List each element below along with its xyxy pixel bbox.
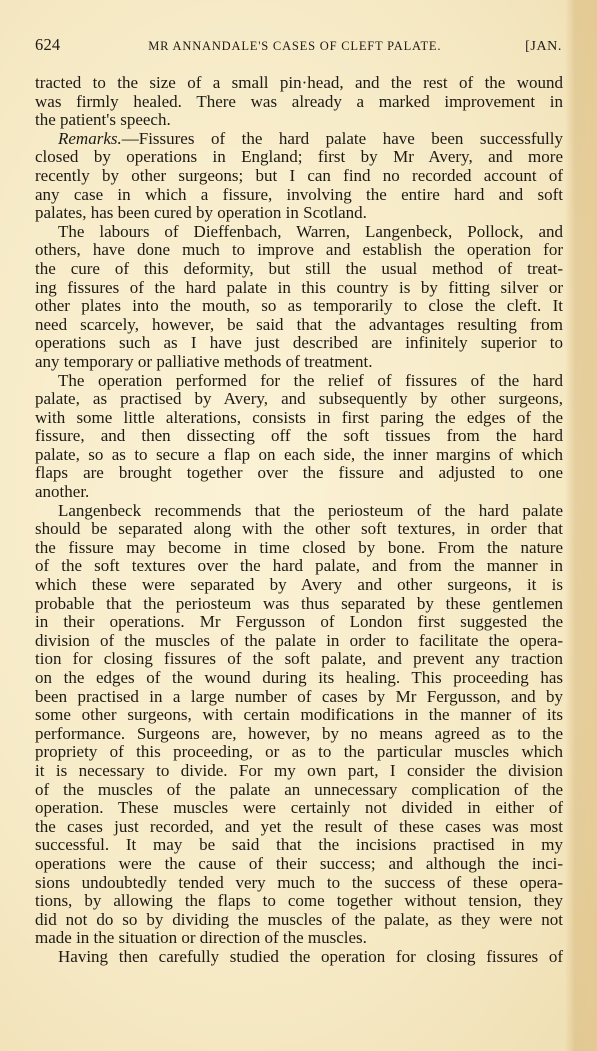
book-page: 624 MR ANNANDALE'S CASES OF CLEFT PALATE… [0, 0, 597, 1051]
text-line: closed by operations in England; first b… [35, 148, 563, 167]
running-title: MR ANNANDALE'S CASES OF CLEFT PALATE. [148, 39, 441, 54]
page-number: 624 [35, 35, 60, 55]
text-line: the fissure may become in time closed by… [35, 539, 563, 558]
paragraph-operation: The operation performed for the relief o… [35, 372, 563, 502]
text-line: the cases just recorded, and yet the res… [35, 818, 563, 837]
text-line: palate, so as to secure a flap on each s… [35, 446, 563, 465]
text-line: division of the muscles of the palate in… [35, 632, 563, 651]
running-header: 624 MR ANNANDALE'S CASES OF CLEFT PALATE… [35, 35, 562, 59]
text-line: probable that the periosteum was thus se… [35, 595, 563, 614]
text-line: performance. Surgeons are, however, by n… [35, 725, 563, 744]
text-line: palates, has been cured by operation in … [35, 204, 563, 223]
text-line: with some little alterations, consists i… [35, 409, 563, 428]
text-line: The labours of Dieffenbach, Warren, Lang… [35, 223, 563, 242]
remarks-label: Remarks. [58, 129, 122, 148]
text-line: any temporary or palliative methods of t… [35, 353, 563, 372]
text-line: palate, as practised by Avery, and subse… [35, 390, 563, 409]
text-line: some other surgeons, with certain modifi… [35, 706, 563, 725]
text-line: Langenbeck recommends that the periosteu… [35, 502, 563, 521]
text-line: of the soft textures over the hard palat… [35, 557, 563, 576]
text-line: fissure, and then dissecting off the sof… [35, 427, 563, 446]
date-mark: [JAN. [525, 39, 562, 55]
text-line: on the edges of the wound during its hea… [35, 669, 563, 688]
text-line: any case in which a fissure, involving t… [35, 186, 563, 205]
text-line: should be separated along with the other… [35, 520, 563, 539]
text-line: the cure of this deformity, but still th… [35, 260, 563, 279]
text-line: operation. These muscles were certainly … [35, 799, 563, 818]
text-line: another. [35, 483, 563, 502]
paragraph-labours: The labours of Dieffenbach, Warren, Lang… [35, 223, 563, 372]
text-line: flaps are brought together over the fiss… [35, 464, 563, 483]
text-line: operations such as I have just described… [35, 334, 563, 353]
text-line-rest: —Fissures of the hard palate have been s… [122, 129, 563, 148]
text-line: made in the situation or direction of th… [35, 929, 563, 948]
text-line: ing fissures of the hard palate in this … [35, 279, 563, 298]
text-line: in their operations. Mr Fergusson of Lon… [35, 613, 563, 632]
text-line: tracted to the size of a small pin·head,… [35, 74, 563, 93]
text-line: it is necessary to divide. For my own pa… [35, 762, 563, 781]
paragraph-1: tracted to the size of a small pin·head,… [35, 74, 563, 130]
paragraph-remarks: Remarks.—Fissures of the hard palate hav… [35, 130, 563, 223]
text-line: other plates into the mouth, so as tempo… [35, 297, 563, 316]
paragraph-langenbeck: Langenbeck recommends that the periosteu… [35, 502, 563, 948]
text-line: which these were separated by Avery and … [35, 576, 563, 595]
paragraph-having: Having then carefully studied the operat… [35, 948, 563, 967]
text-line: The operation performed for the relief o… [35, 372, 563, 391]
text-line: was firmly healed. There was already a m… [35, 93, 563, 112]
text-line: Remarks.—Fissures of the hard palate hav… [35, 130, 563, 149]
text-line: sions undoubtedly tended very much to th… [35, 874, 563, 893]
text-line: did not do so by dividing the muscles of… [35, 911, 563, 930]
text-line: propriety of this proceeding, or as to t… [35, 743, 563, 762]
text-line: of the muscles of the palate an unnecess… [35, 781, 563, 800]
body-text: tracted to the size of a small pin·head,… [35, 74, 563, 967]
text-line: others, have done much to improve and es… [35, 241, 563, 260]
text-line: need scarcely, however, be said that the… [35, 316, 563, 335]
text-line: successful. It may be said that the inci… [35, 836, 563, 855]
text-line: recently by other surgeons; but I can fi… [35, 167, 563, 186]
text-line: the patient's speech. [35, 111, 563, 130]
text-line: tions, by allowing the flaps to come tog… [35, 892, 563, 911]
text-line: tion for closing fissures of the soft pa… [35, 650, 563, 669]
text-line: Having then carefully studied the operat… [35, 948, 563, 967]
text-line: operations were the cause of their succe… [35, 855, 563, 874]
text-line: been practised in a large number of case… [35, 688, 563, 707]
